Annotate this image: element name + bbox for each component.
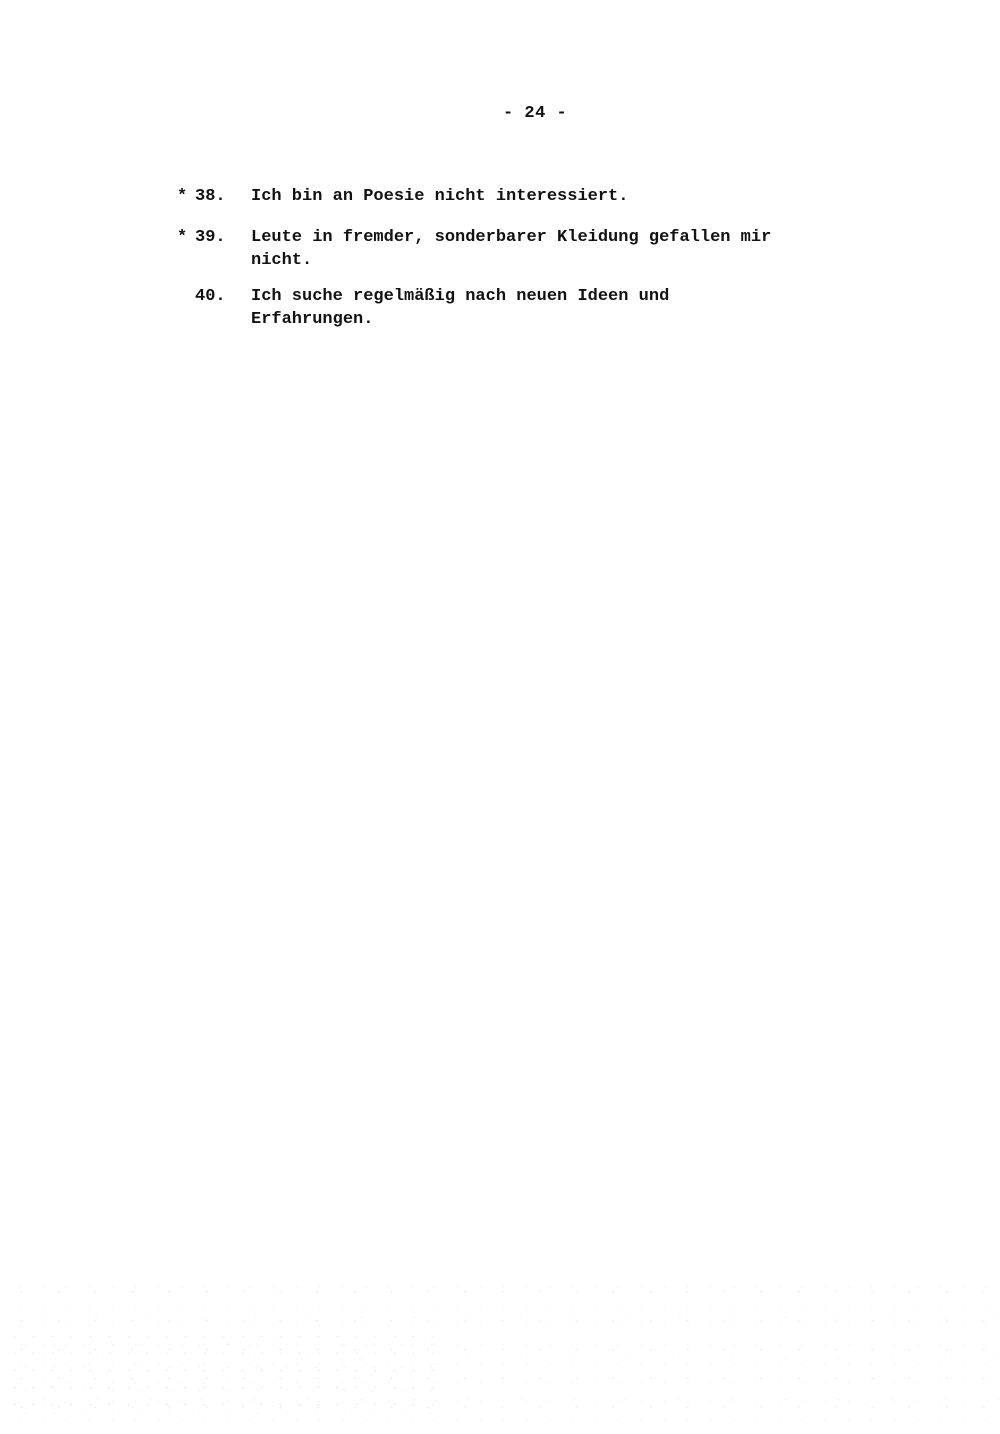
item-text: Ich bin an Poesie nicht interessiert.	[251, 185, 628, 208]
questionnaire-item-39: * 39. Leute in fremder, sonderbarer Klei…	[177, 226, 817, 272]
questionnaire-item-38: * 38. Ich bin an Poesie nicht interessie…	[177, 185, 817, 208]
item-marker-asterisk: *	[177, 226, 195, 249]
document-page: - 24 - * 38. Ich bin an Poesie nicht int…	[0, 0, 1000, 1434]
item-text-line: Ich bin an Poesie nicht interessiert.	[251, 185, 628, 208]
item-number: 39.	[195, 226, 251, 249]
questionnaire-items: * 38. Ich bin an Poesie nicht interessie…	[177, 185, 817, 331]
questionnaire-item-40: 40. Ich suche regelmäßig nach neuen Idee…	[177, 285, 817, 331]
scan-noise-texture	[0, 1324, 450, 1414]
item-text-line: nicht.	[251, 249, 771, 272]
item-text-line: Leute in fremder, sonderbarer Kleidung g…	[251, 226, 771, 249]
page-number: - 24 -	[503, 104, 567, 123]
item-number: 38.	[195, 185, 251, 208]
item-text: Leute in fremder, sonderbarer Kleidung g…	[251, 226, 771, 272]
item-text: Ich suche regelmäßig nach neuen Ideen un…	[251, 285, 669, 331]
item-text-line: Ich suche regelmäßig nach neuen Ideen un…	[251, 285, 669, 308]
scan-noise-texture	[0, 1284, 1000, 1434]
item-marker-asterisk: *	[177, 185, 195, 208]
item-number: 40.	[195, 285, 251, 308]
item-text-line: Erfahrungen.	[251, 308, 669, 331]
